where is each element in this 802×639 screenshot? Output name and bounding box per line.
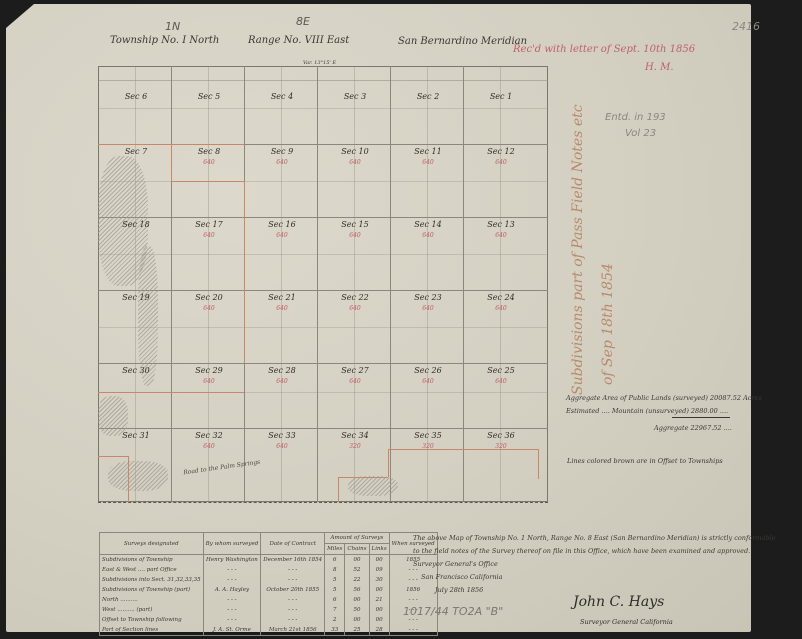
section-area: 320 (471, 443, 531, 450)
col-contract-date: Date of Contract (261, 533, 325, 555)
pencil-township-note: 1N (165, 20, 180, 33)
section-sec-20: Sec 20640 (179, 293, 239, 312)
pencil-archive-id: 1017/44 TO2A "B" (403, 605, 503, 618)
section-label: Sec 23 (398, 293, 458, 302)
table-cell: 52 (345, 565, 369, 575)
section-sec-33: Sec 33640 (252, 431, 312, 450)
section-sec-14: Sec 14640 (398, 220, 458, 239)
section-label: Sec 5 (179, 92, 239, 101)
vertical-note-2: of Sep 18th 1854 (600, 263, 616, 385)
south-boundary (98, 502, 548, 503)
section-label: Sec 7 (106, 147, 166, 156)
table-cell: 5 (325, 575, 345, 585)
table-row: West .......... (part)- - -- - -75000- -… (100, 605, 438, 615)
table-cell: December 16th 1854 (261, 555, 325, 566)
pencil-volume-note: Vol 23 (625, 128, 656, 139)
cert-line-2: to the field notes of the Survey thereof… (413, 545, 776, 558)
section-area: 640 (325, 305, 385, 312)
section-label: Sec 11 (398, 147, 458, 156)
section-sec-2: Sec 2 (398, 92, 458, 104)
top-variation: Var. 13°15' E (303, 60, 336, 66)
table-cell: 00 (345, 555, 369, 566)
range-title: Range No. VIII East (248, 35, 349, 46)
section-sec-26: Sec 26640 (398, 366, 458, 385)
wash-hatching (108, 461, 168, 491)
table-cell: A. A. Hayley (203, 585, 261, 595)
table-cell: 25 (345, 625, 369, 636)
table-cell: - - - (261, 605, 325, 615)
table-cell: - - - (261, 595, 325, 605)
section-label: Sec 25 (471, 366, 531, 375)
table-cell: - - - (203, 595, 261, 605)
section-sec-1: Sec 1 (471, 92, 531, 104)
table-row: Part of Section linesJ. A. St. OrmeMarch… (100, 625, 438, 636)
section-area: 640 (252, 305, 312, 312)
section-sec-34: Sec 34320 (325, 431, 385, 450)
section-sec-12: Sec 12640 (471, 147, 531, 166)
section-area: 640 (325, 159, 385, 166)
table-cell: - - - (261, 565, 325, 575)
section-label: Sec 20 (179, 293, 239, 302)
section-area: 640 (471, 305, 531, 312)
table-cell: West .......... (part) (100, 605, 204, 615)
section-label: Sec 34 (325, 431, 385, 440)
table-cell: 56 (345, 585, 369, 595)
table-row: East & West .... part Office- - -- - -85… (100, 565, 438, 575)
section-area: 640 (398, 378, 458, 385)
section-sec-3: Sec 3 (325, 92, 385, 104)
table-cell: - - - (203, 565, 261, 575)
section-sec-22: Sec 22640 (325, 293, 385, 312)
col-miles: Miles (325, 544, 345, 555)
section-area: 640 (179, 305, 239, 312)
township-title: Township No. I North (110, 35, 219, 46)
section-label: Sec 2 (398, 92, 458, 101)
section-area: 640 (252, 232, 312, 239)
section-label: Sec 10 (325, 147, 385, 156)
table-cell: Part of Section lines (100, 625, 204, 636)
col-chains: Chains (345, 544, 369, 555)
section-sec-13: Sec 13640 (471, 220, 531, 239)
table-cell: 00 (369, 555, 389, 566)
section-area: 640 (471, 378, 531, 385)
cert-line-3: Surveyor General's Office (413, 558, 776, 571)
table-row: Offset to Township following- - -- - -20… (100, 615, 438, 625)
section-sec-19: Sec 19 (106, 293, 166, 305)
section-area: 320 (398, 443, 458, 450)
table-cell: March 21st 1856 (261, 625, 325, 636)
table-cell: Subdivisions of Township (part) (100, 585, 204, 595)
section-label: Sec 24 (471, 293, 531, 302)
signature-title: Surveyor General California (580, 618, 673, 626)
col-surveys: Surveys designated (100, 533, 204, 555)
section-label: Sec 1 (471, 92, 531, 101)
table-cell: 6 (325, 555, 345, 566)
section-sec-11: Sec 11640 (398, 147, 458, 166)
section-sec-28: Sec 28640 (252, 366, 312, 385)
col-surveyor: By whom surveyed (203, 533, 261, 555)
table-cell: Henry Washington (203, 555, 261, 566)
table-row: Subdivisions of Township (part)A. A. Hay… (100, 585, 438, 595)
section-sec-21: Sec 21640 (252, 293, 312, 312)
section-sec-32: Sec 32640 (179, 431, 239, 450)
table-cell: J. A. St. Orme (203, 625, 261, 636)
table-cell: 7 (325, 605, 345, 615)
section-area: 640 (179, 159, 239, 166)
mountain-hatching (138, 246, 158, 386)
section-area: 640 (252, 378, 312, 385)
table-cell: Offset to Township following (100, 615, 204, 625)
cert-line-4: San Francisco California (413, 571, 776, 584)
section-sec-25: Sec 25640 (471, 366, 531, 385)
section-label: Sec 33 (252, 431, 312, 440)
section-area: 640 (398, 232, 458, 239)
table-row: North ..........- - -- - -60021- - - (100, 595, 438, 605)
table-cell: 00 (345, 595, 369, 605)
section-label: Sec 18 (106, 220, 166, 229)
section-area: 640 (325, 232, 385, 239)
section-sec-24: Sec 24640 (471, 293, 531, 312)
section-sec-16: Sec 16640 (252, 220, 312, 239)
section-label: Sec 19 (106, 293, 166, 302)
section-label: Sec 30 (106, 366, 166, 375)
table-cell: 21 (369, 595, 389, 605)
section-area: 640 (325, 378, 385, 385)
section-area: 640 (252, 443, 312, 450)
table-cell: East & West .... part Office (100, 565, 204, 575)
table-cell: October 20th 1855 (261, 585, 325, 595)
pencil-entry-note: Entd. in 193 (605, 112, 666, 123)
section-area: 640 (252, 159, 312, 166)
section-label: Sec 31 (106, 431, 166, 440)
section-label: Sec 9 (252, 147, 312, 156)
section-sec-15: Sec 15640 (325, 220, 385, 239)
received-note: Rec'd with letter of Sept. 10th 1856 (513, 44, 695, 55)
section-sec-23: Sec 23640 (398, 293, 458, 312)
aggregate-line-1: Aggregate Area of Public Lands (surveyed… (566, 394, 762, 402)
section-area: 640 (179, 232, 239, 239)
section-sec-27: Sec 27640 (325, 366, 385, 385)
section-label: Sec 16 (252, 220, 312, 229)
table-cell: 30 (369, 575, 389, 585)
table-cell: 6 (325, 595, 345, 605)
table-cell: Subdivisions into Sect. 31,32,33,35 (100, 575, 204, 585)
section-area: 640 (398, 305, 458, 312)
section-label: Sec 15 (325, 220, 385, 229)
table-cell: - - - (203, 575, 261, 585)
vertical-note-1: Subdivisions part of Pass Field Notes et… (570, 104, 586, 395)
section-sec-6: Sec 6 (106, 92, 166, 104)
table-row: Subdivisions into Sect. 31,32,33,35- - -… (100, 575, 438, 585)
section-sec-29: Sec 29640 (179, 366, 239, 385)
certification-block: The above Map of Township No. 1 North, R… (413, 532, 776, 597)
section-area: 640 (471, 232, 531, 239)
table-cell: 00 (369, 605, 389, 615)
section-label: Sec 22 (325, 293, 385, 302)
table-cell: - - - (261, 575, 325, 585)
section-label: Sec 28 (252, 366, 312, 375)
section-area: 640 (398, 159, 458, 166)
section-label: Sec 6 (106, 92, 166, 101)
section-sec-30: Sec 30 (106, 366, 166, 378)
township-plat: Var. 13°15' E Road to the Palm Springs S… (98, 66, 548, 502)
section-label: Sec 36 (471, 431, 531, 440)
wash-hatching (348, 476, 398, 496)
section-label: Sec 17 (179, 220, 239, 229)
pencil-range-note: 8E (296, 15, 310, 28)
table-cell: 8 (325, 565, 345, 575)
section-sec-31: Sec 31 (106, 431, 166, 443)
section-label: Sec 3 (325, 92, 385, 101)
section-label: Sec 8 (179, 147, 239, 156)
table-cell: - - - (389, 625, 437, 636)
section-sec-35: Sec 35320 (398, 431, 458, 450)
section-label: Sec 29 (179, 366, 239, 375)
section-label: Sec 4 (252, 92, 312, 101)
table-cell: 00 (369, 615, 389, 625)
table-cell: 09 (369, 565, 389, 575)
table-cell: - - - (261, 615, 325, 625)
received-initials: H. M. (645, 62, 674, 73)
brown-lines-note: Lines colored brown are in Offset to Tow… (567, 457, 723, 465)
section-sec-7: Sec 7 (106, 147, 166, 159)
table-cell: North .......... (100, 595, 204, 605)
section-area: 640 (179, 378, 239, 385)
col-links: Links (369, 544, 389, 555)
col-amount: Amount of Surveys (325, 533, 390, 544)
table-cell: 00 (345, 615, 369, 625)
section-sec-9: Sec 9640 (252, 147, 312, 166)
pencil-corner-number: 2416 (732, 20, 760, 33)
section-sec-5: Sec 5 (179, 92, 239, 104)
signature: John C. Hays (573, 594, 664, 610)
section-label: Sec 35 (398, 431, 458, 440)
section-sec-18: Sec 18 (106, 220, 166, 232)
table-cell: - - - (203, 605, 261, 615)
meridian-title: San Bernardino Meridian (398, 36, 527, 47)
table-cell: 50 (345, 605, 369, 615)
cert-line-1: The above Map of Township No. 1 North, R… (413, 532, 776, 545)
section-sec-17: Sec 17640 (179, 220, 239, 239)
table-cell: 33 (325, 625, 345, 636)
survey-table: Surveys designated By whom surveyed Date… (99, 532, 438, 636)
section-label: Sec 12 (471, 147, 531, 156)
table-cell: 22 (345, 575, 369, 585)
aggregate-line-2: Estimated .... Mountain (unsurveyed) 288… (566, 407, 728, 415)
mountain-hatching (98, 396, 128, 436)
section-sec-8: Sec 8640 (179, 147, 239, 166)
section-sec-4: Sec 4 (252, 92, 312, 104)
section-label: Sec 14 (398, 220, 458, 229)
section-area: 640 (471, 159, 531, 166)
section-area: 320 (325, 443, 385, 450)
table-cell: 5 (325, 585, 345, 595)
section-label: Sec 13 (471, 220, 531, 229)
section-area: 640 (179, 443, 239, 450)
section-sec-10: Sec 10640 (325, 147, 385, 166)
sum-rule (672, 417, 730, 418)
section-sec-36: Sec 36320 (471, 431, 531, 450)
section-label: Sec 26 (398, 366, 458, 375)
section-label: Sec 21 (252, 293, 312, 302)
section-label: Sec 32 (179, 431, 239, 440)
table-row: Subdivisions of TownshipHenry Washington… (100, 555, 438, 566)
table-cell: 00 (369, 585, 389, 595)
table-cell: - - - (203, 615, 261, 625)
aggregate-total: Aggregate 22967.52 .... (654, 424, 732, 432)
section-label: Sec 27 (325, 366, 385, 375)
table-cell: 28 (369, 625, 389, 636)
table-cell: Subdivisions of Township (100, 555, 204, 566)
table-cell: 2 (325, 615, 345, 625)
